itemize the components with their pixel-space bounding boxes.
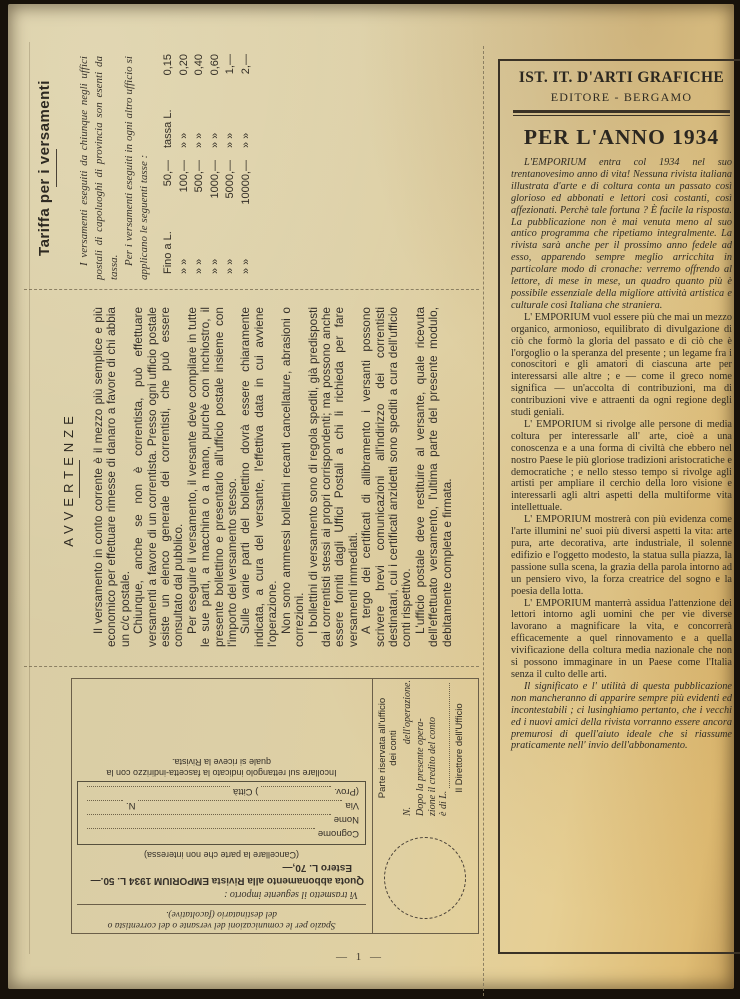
tariff-row: » » 500,— » » 0,40 xyxy=(192,52,208,274)
field-row-citta: (Prov. ) Città xyxy=(84,786,359,800)
office-heading: Parte riservata all'ufficio dei conti xyxy=(377,680,399,816)
foreign-amount: Estero L. 70,— xyxy=(75,862,352,873)
announcement-paragraph: L' EMPORIUM vuol essere più che mai un m… xyxy=(511,312,732,419)
address-box: Cognome Nome Via N. (Prov. ) Città xyxy=(77,781,366,845)
avvertenze-body: Il versamento in conto corrente è il mez… xyxy=(92,307,454,647)
credit-amount-row: è di L. xyxy=(438,680,450,816)
header-double-rule xyxy=(513,110,730,116)
cognome-blank xyxy=(87,828,315,838)
avvertenze-paragraph: Non sono ammessi bollettini recanti canc… xyxy=(280,307,307,647)
announcement-paragraph: Il significato e l' utilità di questa pu… xyxy=(511,681,732,752)
tariff-title: Tariffa per i versamenti xyxy=(36,48,53,288)
tariff-cell-amount: 1000,— xyxy=(208,154,224,210)
dashed-separator-top xyxy=(24,289,479,290)
field-row-nome: Nome xyxy=(84,814,359,828)
tariff-row: Fino a L. 50,— tassa L. 0,15 xyxy=(161,52,177,274)
avvertenze-paragraph: Chiunque, anche se non è correntista, pu… xyxy=(132,307,186,647)
tariff-intro-paragraph: I versamenti eseguiti da chiunque negli … xyxy=(77,56,122,280)
credit-note: Dopo la presente opera- zione il credito… xyxy=(415,680,450,816)
communications-note-line2: del destinatario (facoltative). xyxy=(75,909,368,920)
tariff-cell-amount: 50,— xyxy=(161,154,177,210)
operation-number-label: N. xyxy=(402,807,413,816)
left-fold-line xyxy=(29,42,30,954)
via-blank xyxy=(139,800,343,810)
nome-label: Nome xyxy=(334,814,359,825)
tariff-cell-taxlabel: tassa L. xyxy=(161,94,177,154)
tariff-cell-range: » » xyxy=(192,210,208,274)
tariff-cell-tax: 0,60 xyxy=(208,54,224,94)
citta-label: ) Città xyxy=(233,786,258,797)
communications-note-line1: Spazio per le comunicazioni del versante… xyxy=(75,920,368,931)
page-number: — 1 — xyxy=(336,951,384,963)
paste-band-note-line2: quale si riceve la Rivista. xyxy=(75,757,368,768)
tariff-cell-taxlabel: » » xyxy=(192,94,208,154)
subscription-amount: Quota abbonamento alla Rivista EMPORIUM … xyxy=(75,875,364,886)
tariff-cell-tax: 0,15 xyxy=(161,54,177,94)
director-signature-label: Il Direttore dell'Ufficio xyxy=(454,680,465,816)
postmark-circle xyxy=(384,837,466,919)
field-row-cognome: Cognome xyxy=(84,828,359,842)
tariff-panel: Tariffa per i versamenti I versamenti es… xyxy=(33,48,478,288)
citta-blank xyxy=(87,786,230,796)
operation-number-row: N. dell'operazione. xyxy=(402,680,413,816)
tariff-row: » » 5000,— » » 1,— xyxy=(223,52,239,274)
avvertenze-paragraph: Il versamento in conto corrente è il mez… xyxy=(92,307,132,647)
scanned-page: Tariffa per i versamenti I versamenti es… xyxy=(0,0,740,999)
publisher-name: IST. IT. D'ARTI GRAFICHE xyxy=(511,69,732,87)
communications-note: Spazio per le comunicazioni del versante… xyxy=(75,909,368,930)
tariff-row: » » 1000,— » » 0,60 xyxy=(208,52,224,274)
tariff-row: » » 100,— » » 0,20 xyxy=(177,52,193,274)
tariff-intro: I versamenti eseguiti da chiunque negli … xyxy=(77,56,152,280)
cancel-note: (Cancellare la parte che non interessa) xyxy=(75,849,368,860)
office-heading-line1: Parte riservata all'ufficio xyxy=(377,680,388,816)
prov-blank xyxy=(261,786,331,796)
announcement-box: IST. IT. D'ARTI GRAFICHE EDITORE - BERGA… xyxy=(498,59,740,954)
office-reserved-section: Parte riservata all'ufficio dei conti N.… xyxy=(377,680,475,816)
tariff-cell-taxlabel: » » xyxy=(177,94,193,154)
credit-note-line1: Dopo la presente opera- xyxy=(415,680,427,816)
announcement-title: PER L'ANNO 1934 xyxy=(511,125,732,150)
cognome-label: Cognome xyxy=(318,828,359,839)
tariff-cell-range: » » xyxy=(239,210,255,274)
operation-label: dell'operazione. xyxy=(402,680,413,744)
civic-number-label: N. xyxy=(126,800,136,811)
dashed-separator-vertical xyxy=(483,46,484,996)
tariff-row: » » 10000,— » » 2,— xyxy=(239,52,255,274)
prov-label: (Prov. xyxy=(334,786,359,797)
publisher-city: EDITORE - BERGAMO xyxy=(511,90,732,105)
avvertenze-title: AVVERTENZE xyxy=(61,295,76,663)
sender-rule xyxy=(77,904,366,905)
avvertenze-paragraph: Sulle varie parti del bollettino dovrà e… xyxy=(239,307,279,647)
tariff-cell-amount: 100,— xyxy=(177,154,193,210)
credit-amount-label: è di L. xyxy=(438,791,450,816)
tariff-cell-amount: 500,— xyxy=(192,154,208,210)
tariff-title-rule xyxy=(56,149,57,187)
dashed-separator-bottom xyxy=(24,666,479,667)
tariff-cell-tax: 0,20 xyxy=(177,54,193,94)
office-heading-line2: dei conti xyxy=(388,680,399,816)
tariff-cell-tax: 1,— xyxy=(223,54,239,94)
tariff-cell-range: » » xyxy=(208,210,224,274)
tariff-cell-range: » » xyxy=(177,210,193,274)
amount-intro: Vi trasmetto il seguente importo : xyxy=(75,889,358,900)
form-divider-line xyxy=(372,679,373,933)
tariff-table: Fino a L. 50,— tassa L. 0,15 » » 100,— »… xyxy=(161,52,254,274)
tariff-cell-taxlabel: » » xyxy=(223,94,239,154)
tariff-cell-tax: 0,40 xyxy=(192,54,208,94)
tariff-cell-amount: 5000,— xyxy=(223,154,239,210)
via-label: Via xyxy=(345,800,359,811)
paste-band-note-line1: Incollare sul rettangolo indicato la fas… xyxy=(75,768,368,779)
credit-note-line2: zione il credito del conto xyxy=(427,680,439,816)
avvertenze-paragraph: A tergo dei certificati di allibramento … xyxy=(360,307,414,647)
announcement-paragraph: L'EMPORIUM entra col 1934 nel suo trenta… xyxy=(511,157,732,312)
avvertenze-panel: AVVERTENZE Il versamento in conto corren… xyxy=(33,295,478,663)
tariff-cell-range: Fino a L. xyxy=(161,210,177,274)
avvertenze-paragraph: Per eseguire il versamento, il versante … xyxy=(186,307,240,647)
announcement-paragraph: L' EMPORIUM mostrerà con più evidenza co… xyxy=(511,514,732,597)
tariff-cell-tax: 2,— xyxy=(239,54,255,94)
tariff-cell-taxlabel: » » xyxy=(208,94,224,154)
avvertenze-paragraph: L'ufficio postale deve restituire al ver… xyxy=(414,307,454,647)
sender-section: Spazio per le comunicazioni del versante… xyxy=(75,757,368,931)
avvertenze-title-rule xyxy=(79,460,80,498)
avvertenze-paragraph: I bollettini di versamento sono di regol… xyxy=(307,307,361,647)
civic-number-blank xyxy=(87,800,123,810)
tariff-intro-paragraph: Per i versamenti eseguiti in ogni altro … xyxy=(122,56,152,280)
nome-blank xyxy=(87,814,331,824)
field-row-via: Via N. xyxy=(84,800,359,814)
announcement-paragraph: L' EMPORIUM si rivolge alle persone di m… xyxy=(511,419,732,514)
announcement-body: L'EMPORIUM entra col 1934 nel suo trenta… xyxy=(511,157,732,752)
credit-amount-blank xyxy=(440,683,450,788)
announcement-paragraph: L' EMPORIUM manterrà assidua l'attenzion… xyxy=(511,598,732,681)
tariff-cell-amount: 10000,— xyxy=(239,154,255,210)
tariff-cell-taxlabel: » » xyxy=(239,94,255,154)
paste-band-note: Incollare sul rettangolo indicato la fas… xyxy=(75,757,368,778)
tariff-cell-range: » » xyxy=(223,210,239,274)
